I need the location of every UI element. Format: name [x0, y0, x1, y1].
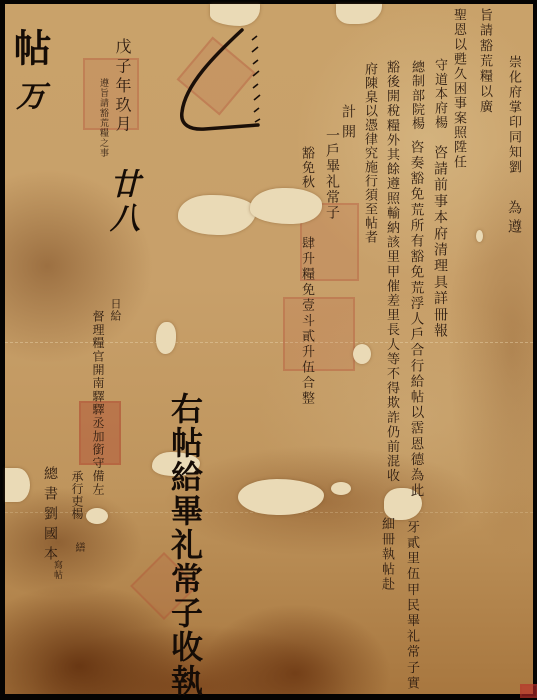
itemized-household: 一戶畢礼常子	[325, 128, 339, 220]
body-column-4-head: 守道本府楊	[433, 58, 446, 130]
itemized-label: 計開	[341, 104, 355, 144]
header-mark: 帖	[10, 28, 48, 66]
issuer-tail: 為遵	[507, 200, 521, 238]
body-column-5-head: 總制部院楊	[410, 60, 423, 131]
date-year-month: 戊子年玖月	[114, 38, 130, 135]
tear-hole	[331, 482, 351, 495]
itemized-exempt-head: 豁免秋	[300, 146, 313, 190]
body-column-5-text: 咨奏豁免荒所有豁免荒浮人戶合行給帖以霑恩德為此	[408, 140, 422, 499]
header-mark-sub: 万	[12, 80, 42, 110]
itemized-exempt-amount: 肆升糧免壹斗貳升伍合整	[300, 236, 313, 407]
date-note: 遵旨請豁荒糧之事	[98, 78, 107, 158]
tear-hole	[250, 188, 322, 224]
issued-label: 日給	[110, 298, 121, 322]
grain-officer: 督理糧官開南驛驛丞加銜守備左	[92, 310, 104, 496]
clerk-name: 承行吏楊	[71, 470, 83, 520]
tear-hole	[353, 344, 371, 364]
issuer-line: 崇化府掌印同知劉	[507, 55, 520, 175]
scribe-action: 寫帖	[52, 560, 61, 580]
body-column-5-tail: 牙貳里伍甲民畢礼常子實	[405, 520, 418, 692]
day-signature: 廿八	[106, 168, 136, 236]
document-scan: 帖 万 崇化府掌印同知劉 為遵 旨請豁荒糧以廣 聖恩以甦久困事案照陞任 守道本府…	[0, 0, 537, 700]
body-column-4-text: 咨請前事本府清理具詳冊報	[433, 145, 447, 339]
tear-hole	[86, 508, 108, 524]
body-column-7: 府陳臬以憑律究施行須至帖者	[363, 62, 376, 244]
body-column-3: 聖恩以甦久困事案照陞任	[452, 8, 465, 170]
closing-text: 右帖給畢礼常子收執	[169, 392, 201, 698]
clerk-action: 繕	[73, 542, 83, 552]
tear-hole	[156, 322, 176, 354]
tear-hole	[5, 468, 30, 502]
chief-scribe: 總書劉國本	[43, 466, 57, 566]
body-column-6-text: 豁後開稅糧外其餘遵照輸納該里甲催差里長人等不得欺詐仍前混收	[385, 60, 398, 483]
body-column-2: 旨請豁荒糧以廣	[478, 8, 491, 115]
tear-hole	[476, 230, 483, 242]
body-column-6-tail: 細冊執帖赴	[380, 517, 393, 592]
